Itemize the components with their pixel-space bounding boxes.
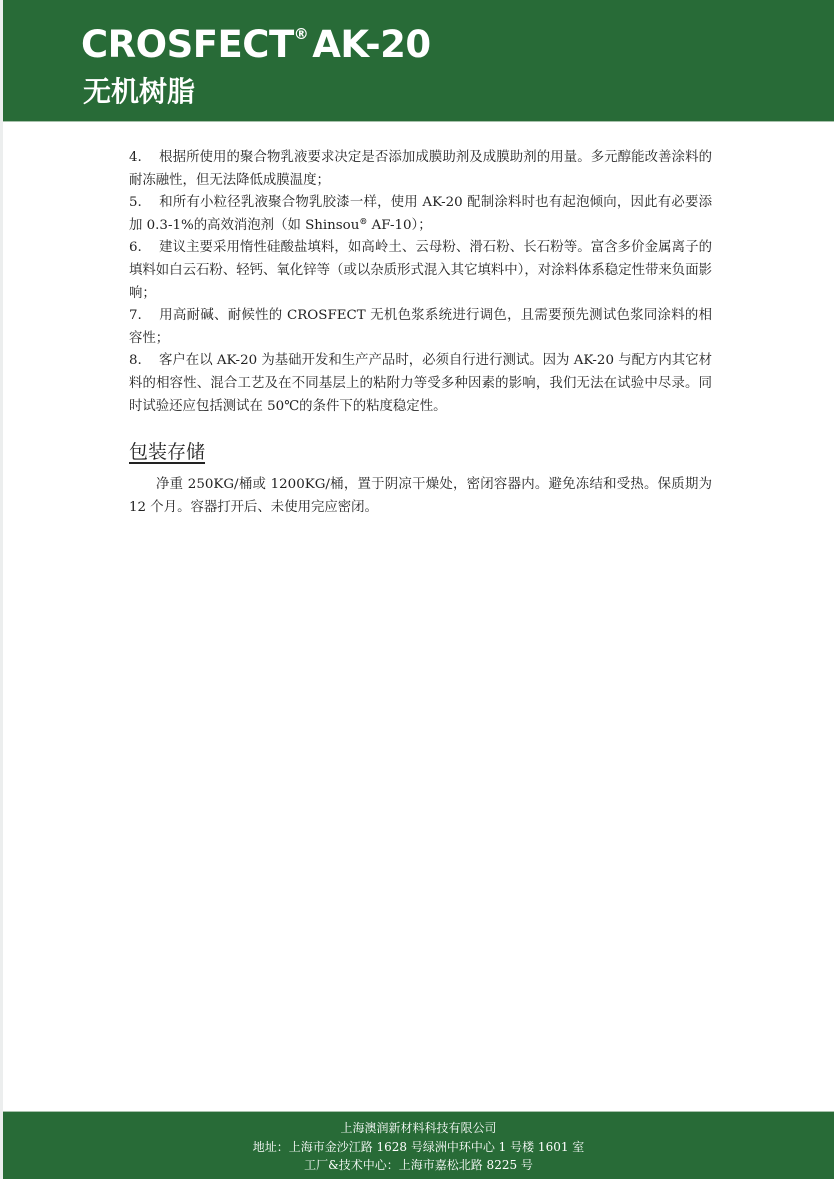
document-footer: 上海澳润新材料科技有限公司 地址：上海市金沙江路 1628 号绿洲中环中心 1 … (3, 1111, 834, 1179)
note-number: 8. (129, 350, 159, 373)
note-text: 建议主要采用惰性硅酸盐填料，如高岭土、云母粉、滑石粉、长石粉等。富含多价金属离子… (129, 240, 712, 300)
note-item-6: 6.建议主要采用惰性硅酸盐填料，如高岭土、云母粉、滑石粉、长石粉等。富含多价金属… (129, 237, 712, 305)
note-text: 用高耐碱、耐候性的 CROSFECT 无机色浆系统进行调色，且需要预先测试色浆同… (129, 308, 712, 346)
note-item-5: 5.和所有小粒径乳液聚合物乳胶漆一样，使用 AK-20 配制涂料时也有起泡倾向，… (129, 192, 712, 237)
note-item-8: 8.客户在以 AK-20 为基础开发和生产产品时，必须自行进行测试。因为 AK-… (129, 350, 712, 418)
footer-address: 地址：上海市金沙江路 1628 号绿洲中环中心 1 号楼 1601 室 (3, 1138, 834, 1157)
footer-factory: 工厂&技术中心：上海市嘉松北路 8225 号 (3, 1156, 834, 1175)
note-number: 6. (129, 237, 159, 260)
storage-section-title: 包装存储 (129, 439, 205, 465)
note-item-7: 7.用高耐碱、耐候性的 CROSFECT 无机色浆系统进行调色，且需要预先测试色… (129, 305, 712, 350)
notes-list: 4.根据所使用的聚合物乳液要求决定是否添加成膜助剂及成膜助剂的用量。多元醇能改善… (129, 147, 712, 418)
brand-name: CROSFECT (81, 23, 294, 66)
note-text-tail: AF-10）； (367, 218, 431, 233)
note-number: 7. (129, 305, 159, 328)
footer-company: 上海澳润新材料科技有限公司 (3, 1119, 834, 1138)
document-header: CROSFECT®AK-20 无机树脂 (3, 0, 834, 122)
product-code: AK-20 (312, 23, 430, 66)
note-item-4: 4.根据所使用的聚合物乳液要求决定是否添加成膜助剂及成膜助剂的用量。多元醇能改善… (129, 147, 712, 192)
product-title: CROSFECT®AK-20 (81, 23, 431, 67)
registered-mark: ® (294, 25, 309, 43)
note-number: 4. (129, 147, 159, 170)
note-number: 5. (129, 192, 159, 215)
page-edge-strip (0, 0, 3, 1179)
note-text: 客户在以 AK-20 为基础开发和生产产品时，必须自行进行测试。因为 AK-20… (129, 353, 712, 413)
storage-section-text: 净重 250KG/桶或 1200KG/桶，置于阴凉干燥处，密闭容器内。避免冻结和… (129, 474, 712, 519)
note-text: 根据所使用的聚合物乳液要求决定是否添加成膜助剂及成膜助剂的用量。多元醇能改善涂料… (129, 150, 712, 188)
product-subtitle: 无机树脂 (83, 74, 195, 110)
